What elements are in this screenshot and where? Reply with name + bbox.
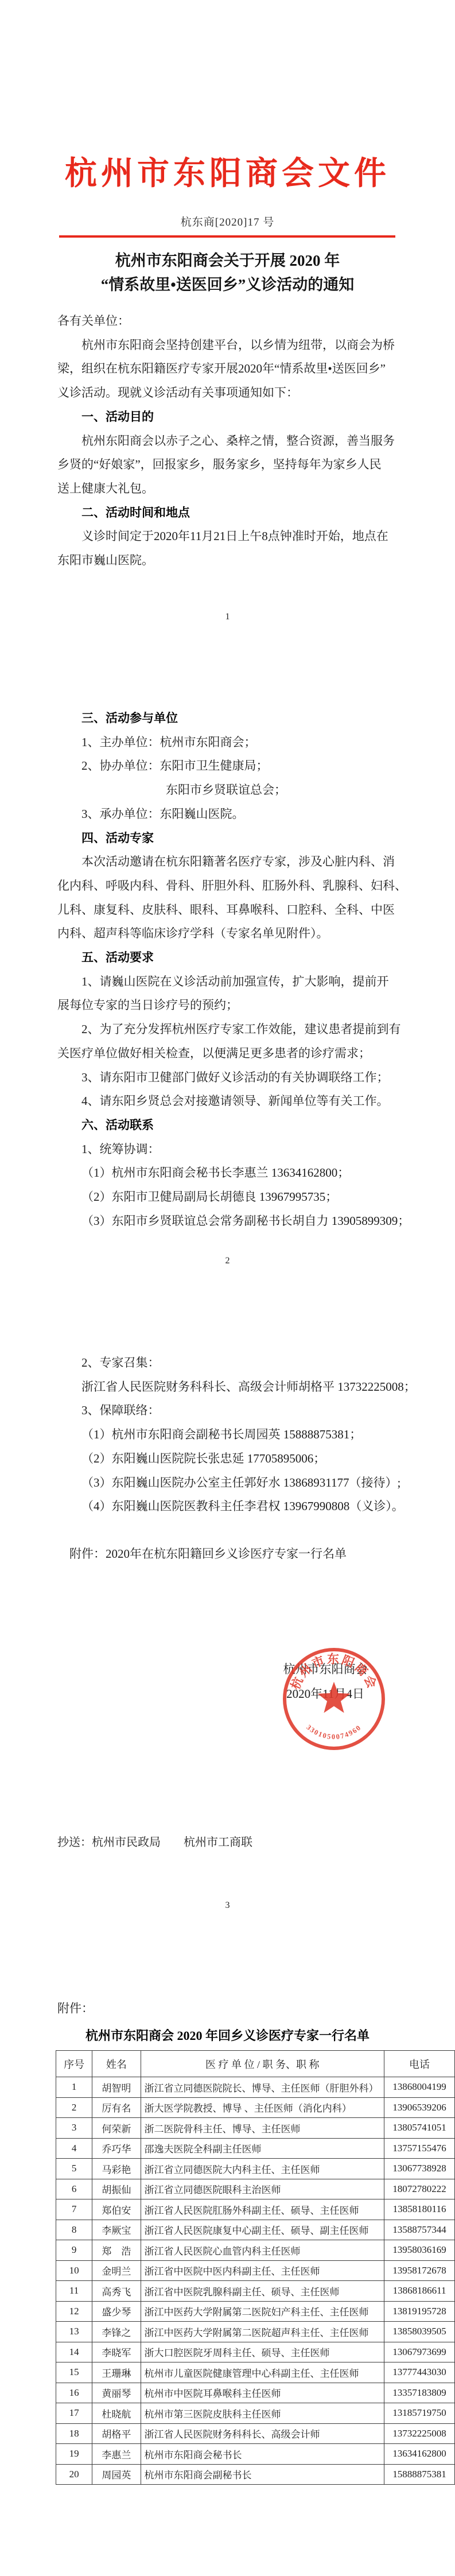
cell-name: 胡格平 <box>92 2423 141 2444</box>
seal-star-icon <box>318 1682 351 1713</box>
cell-name: 郑 浩 <box>92 2240 141 2261</box>
cell-phone: 13777443030 <box>384 2362 455 2383</box>
cell-unit-title: 浙江省中医院乳腺科副主任、硕导、主任医师 <box>141 2281 384 2302</box>
cell-index: 14 <box>56 2342 92 2362</box>
body-text-line: 东阳市乡贤联谊总会； <box>57 778 402 802</box>
section-heading-line: 四、活动专家 <box>57 827 402 851</box>
cell-phone: 13868004199 <box>384 2077 455 2098</box>
notice-title-line1: 杭州市东阳商会关于开展 2020 年 <box>0 248 455 270</box>
expert-table-row: 15王珊琳杭州市儿童医院健康管理中心科副主任、主任医师13777443030 <box>56 2362 455 2383</box>
body-text-line: 3、承办单位：东阳巍山医院。 <box>57 802 402 827</box>
cell-name: 黄丽琴 <box>92 2383 141 2403</box>
body-text-line: （1）杭州市东阳商会秘书长李惠兰 13634162800； <box>57 1161 402 1185</box>
cell-index: 19 <box>56 2444 92 2465</box>
body-text-line: 义诊时间定于2020年11月21日上午8点钟准时开始，地点在 <box>57 525 402 549</box>
expert-table-row: 2厉有名浙大医学院教授、博导 、主任医师（消化内科）13906539206 <box>56 2097 455 2118</box>
cell-phone: 13067738928 <box>384 2159 455 2179</box>
body-text-line: （3）东阳市乡贤联谊总会常务副秘书长胡自力 13905899309； <box>57 1209 402 1233</box>
cell-unit-title: 浙江省立同德医院大内科主任、主任医师 <box>141 2159 384 2179</box>
body-text-line: 各有关单位： <box>57 309 402 333</box>
body-text-line: 杭州东阳商会以赤子之心、桑梓之情，整合资源，善当服务 <box>57 429 402 453</box>
letterhead-divider-rule <box>59 235 395 238</box>
cell-name: 胡振仙 <box>92 2179 141 2199</box>
cell-unit-title: 浙江省立同德医院院长、博导、主任医师（肝胆外科） <box>141 2077 384 2098</box>
cell-unit-title: 浙江省人民医院心血管内科主任医师 <box>141 2240 384 2261</box>
body-text-line: 儿科、康复科、皮肤科、眼科、耳鼻喉科、口腔科、全科、中医 <box>57 898 402 922</box>
cell-name: 厉有名 <box>92 2097 141 2118</box>
cell-unit-title: 浙江省中医院中医内科副主任、主任医师 <box>141 2260 384 2281</box>
cell-name: 乔巧华 <box>92 2138 141 2159</box>
table-header-row: 序号 姓名 医 疗 单 位 / 职 务、职 称 电话 <box>56 2051 455 2077</box>
cell-index: 18 <box>56 2423 92 2444</box>
cell-unit-title: 浙大医学院教授、博导 、主任医师（消化内科） <box>141 2097 384 2118</box>
cell-name: 李厥宝 <box>92 2220 141 2240</box>
cc-recipients-line: 抄送：杭州市民政局 杭州市工商联 <box>57 1833 252 1849</box>
cell-name: 王珊琳 <box>92 2362 141 2383</box>
cell-name: 盛少琴 <box>92 2301 141 2322</box>
body-text-line: 2、协办单位：东阳市卫生健康局； <box>57 754 402 778</box>
header-cell-phone: 电话 <box>384 2051 455 2077</box>
section-heading-line: 三、活动参与单位 <box>57 707 402 731</box>
cell-phone: 13868186611 <box>384 2281 455 2302</box>
expert-table-row: 10金明兰浙江省中医院中医内科副主任、主任医师13958172678 <box>56 2260 455 2281</box>
body-text-line: 乡贤的“好娘家”，回报家乡，服务家乡，坚持每年为家乡人民 <box>57 453 402 477</box>
expert-table-row: 6胡振仙浙江省立同德医院眼科主治医师18072780222 <box>56 2179 455 2199</box>
body-page2: 三、活动参与单位1、主办单位：杭州市东阳商会；2、协办单位：东阳市卫生健康局；东… <box>57 707 402 1233</box>
cell-unit-title: 杭州市东阳商会副秘书长 <box>141 2464 384 2485</box>
expert-table-row: 20周园英杭州市东阳商会副秘书长15888875381 <box>56 2464 455 2485</box>
expert-table-row: 1胡智明浙江省立同德医院院长、博导、主任医师（肝胆外科）13868004199 <box>56 2077 455 2098</box>
attachment-label: 附件： <box>57 1999 94 2016</box>
body-text-line: 3、请东阳市卫健部门做好义诊活动的有关协调联络工作； <box>57 1066 402 1090</box>
cell-phone: 13634162800 <box>384 2444 455 2465</box>
cell-index: 3 <box>56 2118 92 2139</box>
cell-name: 何荣新 <box>92 2118 141 2139</box>
cell-phone: 13958172678 <box>384 2260 455 2281</box>
cell-unit-title: 杭州市第三医院皮肤科主任医师 <box>141 2403 384 2424</box>
notice-title-line2: “情系故里•送医回乡”义诊活动的通知 <box>0 272 455 294</box>
body-text-line: 1、请巍山医院在义诊活动前加强宣传，扩大影响，提前开 <box>57 970 402 994</box>
cell-index: 4 <box>56 2138 92 2159</box>
expert-table-row: 7郑伯安浙江省人民医院肛肠外科副主任、硕导、主任医师13858180116 <box>56 2199 455 2220</box>
cell-phone: 13185719750 <box>384 2403 455 2424</box>
body-text-line: 送上健康大礼包。 <box>57 477 402 501</box>
cell-phone: 13819195728 <box>384 2301 455 2322</box>
cell-index: 16 <box>56 2383 92 2403</box>
body-text-line: 3、保障联络： <box>57 1399 402 1423</box>
page-number-1: 1 <box>0 612 455 622</box>
cell-phone: 13732225008 <box>384 2423 455 2444</box>
expert-table-row: 3何荣新浙二医院骨科主任、博导、主任医师13805741051 <box>56 2118 455 2139</box>
cell-index: 9 <box>56 2240 92 2261</box>
cell-phone: 13805741051 <box>384 2118 455 2139</box>
body-text-line: 梁，组织在杭东阳籍医疗专家开展2020年“情系故里•送医回乡” <box>57 357 402 381</box>
cell-index: 7 <box>56 2199 92 2220</box>
seal-serial-number: 3301050074960 <box>305 1723 363 1741</box>
expert-table-row: 5马彩艳浙江省立同德医院大内科主任、主任医师13067738928 <box>56 2159 455 2179</box>
cell-phone: 18072780222 <box>384 2179 455 2199</box>
cell-name: 周园英 <box>92 2464 141 2485</box>
cell-phone: 13858180116 <box>384 2199 455 2220</box>
attachment-table-title: 杭州市东阳商会 2020 年回乡义诊医疗专家一行名单 <box>0 2026 455 2044</box>
cell-index: 2 <box>56 2097 92 2118</box>
cell-unit-title: 浙江中医药大学附属第二医院妇产科主任、主任医师 <box>141 2301 384 2322</box>
cell-phone: 15888875381 <box>384 2464 455 2485</box>
cell-index: 6 <box>56 2179 92 2199</box>
body-text-line: 内科、超声科等临床诊疗学科（专家名单见附件）。 <box>57 922 402 946</box>
body-text-line: （2）东阳市卫健局副局长胡德良 13967995735； <box>57 1185 402 1209</box>
page-number-3: 3 <box>0 1900 455 1911</box>
expert-table-row: 14李晓军浙大口腔医院牙周科主任、硕导、主任医师13067973699 <box>56 2342 455 2362</box>
body-text-line: 关医疗单位做好相关检查，以便满足更多患者的诊疗需求； <box>57 1042 402 1066</box>
cell-name: 李惠兰 <box>92 2444 141 2465</box>
cell-name: 马彩艳 <box>92 2159 141 2179</box>
cell-index: 10 <box>56 2260 92 2281</box>
cell-index: 1 <box>56 2077 92 2098</box>
body-text-line: 义诊活动。现就义诊活动有关事项通知如下： <box>57 381 402 405</box>
cell-unit-title: 浙江中医药大学附属第二医院超声科主任、主任医师 <box>141 2322 384 2342</box>
cell-unit-title: 邵逸夫医院全科副主任医师 <box>141 2138 384 2159</box>
body-text-line: 东阳市巍山医院。 <box>57 549 402 573</box>
body-text-line: （2）东阳巍山医院院长张忠延 17705895006； <box>57 1447 402 1471</box>
header-cell-name: 姓名 <box>92 2051 141 2077</box>
header-cell-index: 序号 <box>56 2051 92 2077</box>
cell-unit-title: 浙江省人民医院康复中心副主任、硕导、副主任医师 <box>141 2220 384 2240</box>
expert-table-row: 18胡格平浙江省人民医院财务科科长、高级会计师13732225008 <box>56 2423 455 2444</box>
body-text-line: 4、请东阳乡贤总会对接邀请领导、新闻单位等有关工作。 <box>57 1089 402 1114</box>
cell-unit-title: 杭州市儿童医院健康管理中心科副主任、主任医师 <box>141 2362 384 2383</box>
cell-name: 郑伯安 <box>92 2199 141 2220</box>
cell-index: 15 <box>56 2362 92 2383</box>
cell-phone: 13906539206 <box>384 2097 455 2118</box>
cell-phone: 13588757344 <box>384 2220 455 2240</box>
body-text-line: （4）东阳巍山医院医教科主任李君权 13967990808（义诊）。 <box>57 1495 402 1519</box>
section-heading-line: 六、活动联系 <box>57 1114 402 1138</box>
document-page: 杭州市东阳商会文件 杭东商[2020]17 号 杭州市东阳商会关于开展 2020… <box>0 0 455 2576</box>
body-text-line: 1、主办单位：杭州市东阳商会； <box>57 731 402 755</box>
cell-name: 杜晓航 <box>92 2403 141 2424</box>
body-text-line: 浙江省人民医院财务科科长、高级会计师胡格平 13732225008； <box>57 1375 402 1399</box>
section-heading-line: 五、活动要求 <box>57 946 402 970</box>
body-text-line: 2、为了充分发挥杭州医疗专家工作效能，建议患者提前到有 <box>57 1018 402 1042</box>
header-cell-unit-title: 医 疗 单 位 / 职 务、职 称 <box>141 2051 384 2077</box>
expert-table-row: 19李惠兰杭州市东阳商会秘书长13634162800 <box>56 2444 455 2465</box>
cell-index: 12 <box>56 2301 92 2322</box>
cell-index: 13 <box>56 2322 92 2342</box>
body-text-line: 2、专家召集： <box>57 1351 402 1375</box>
body-text-line: 杭州市东阳商会坚持创建平台，以乡情为纽带，以商会为桥 <box>57 333 402 358</box>
page-number-2: 2 <box>0 1256 455 1266</box>
cell-index: 11 <box>56 2281 92 2302</box>
cell-unit-title: 浙江省立同德医院眼科主治医师 <box>141 2179 384 2199</box>
cell-phone: 13858039505 <box>384 2322 455 2342</box>
cell-unit-title: 浙二医院骨科主任、博导、主任医师 <box>141 2118 384 2139</box>
body-text-line: （3）东阳巍山医院办公室主任郭好水 13868931177（接待）; <box>57 1471 402 1495</box>
cell-unit-title: 杭州市中医院耳鼻喉科主任医师 <box>141 2383 384 2403</box>
official-seal: 杭州市东阳商会 3301050074960 <box>279 1644 388 1753</box>
expert-table-row: 11高秀飞浙江省中医院乳腺科副主任、硕导、主任医师13868186611 <box>56 2281 455 2302</box>
cell-index: 5 <box>56 2159 92 2179</box>
cell-phone: 13757155476 <box>384 2138 455 2159</box>
cell-unit-title: 浙大口腔医院牙周科主任、硕导、主任医师 <box>141 2342 384 2362</box>
cell-name: 金明兰 <box>92 2260 141 2281</box>
cell-unit-title: 杭州市东阳商会秘书长 <box>141 2444 384 2465</box>
expert-table-row: 9郑 浩浙江省人民医院心血管内科主任医师13958036169 <box>56 2240 455 2261</box>
body-text-line: （1）杭州市东阳商会副秘书长周园英 15888875381； <box>57 1423 402 1447</box>
expert-table-row: 12盛少琴浙江中医药大学附属第二医院妇产科主任、主任医师13819195728 <box>56 2301 455 2322</box>
cell-phone: 13958036169 <box>384 2240 455 2261</box>
section-heading-line: 二、活动时间和地点 <box>57 501 402 525</box>
cell-index: 20 <box>56 2464 92 2485</box>
cell-name: 李晓军 <box>92 2342 141 2362</box>
cell-unit-title: 浙江省人民医院肛肠外科副主任、硕导、主任医师 <box>141 2199 384 2220</box>
document-number: 杭东商[2020]17 号 <box>0 214 455 229</box>
expert-table-row: 8李厥宝浙江省人民医院康复中心副主任、硕导、副主任医师13588757344 <box>56 2220 455 2240</box>
section-heading-line: 一、活动目的 <box>57 405 402 429</box>
expert-table-row: 16黄丽琴杭州市中医院耳鼻喉科主任医师13357183809 <box>56 2383 455 2403</box>
body-text-line: 本次活动邀请在杭东阳籍著名医疗专家，涉及心脏内科、消 <box>57 850 402 874</box>
cell-name: 高秀飞 <box>92 2281 141 2302</box>
cell-phone: 13067973699 <box>384 2342 455 2362</box>
expert-table-row: 13李锋之浙江中医药大学附属第二医院超声科主任、主任医师13858039505 <box>56 2322 455 2342</box>
attachment-reference-text: 附件：2020年在杭东阳籍回乡义诊医疗专家一行名单 <box>57 1542 425 1566</box>
cell-name: 李锋之 <box>92 2322 141 2342</box>
expert-roster-table: 序号 姓名 医 疗 单 位 / 职 务、职 称 电话 1胡智明浙江省立同德医院院… <box>56 2050 455 2485</box>
cell-index: 17 <box>56 2403 92 2424</box>
body-page3: 2、专家召集：浙江省人民医院财务科科长、高级会计师胡格平 13732225008… <box>57 1351 402 1519</box>
letterhead-org-title: 杭州市东阳商会文件 <box>0 148 455 194</box>
expert-table-row: 4乔巧华邵逸夫医院全科副主任医师13757155476 <box>56 2138 455 2159</box>
body-page1: 各有关单位：杭州市东阳商会坚持创建平台，以乡情为纽带，以商会为桥梁，组织在杭东阳… <box>57 309 402 573</box>
expert-table-row: 17杜晓航杭州市第三医院皮肤科主任医师13185719750 <box>56 2403 455 2424</box>
body-text-line: 化内科、呼吸内科、骨科、肝胆外科、肛肠外科、乳腺科、妇科、 <box>57 874 402 898</box>
cell-phone: 13357183809 <box>384 2383 455 2403</box>
attachment-reference-line: 附件：2020年在杭东阳籍回乡义诊医疗专家一行名单 <box>57 1542 425 1566</box>
body-text-line: 展每位专家的当日诊疗号的预约； <box>57 994 402 1018</box>
cell-name: 胡智明 <box>92 2077 141 2098</box>
body-text-line: 1、统筹协调： <box>57 1138 402 1162</box>
cell-index: 8 <box>56 2220 92 2240</box>
cell-unit-title: 浙江省人民医院财务科科长、高级会计师 <box>141 2423 384 2444</box>
